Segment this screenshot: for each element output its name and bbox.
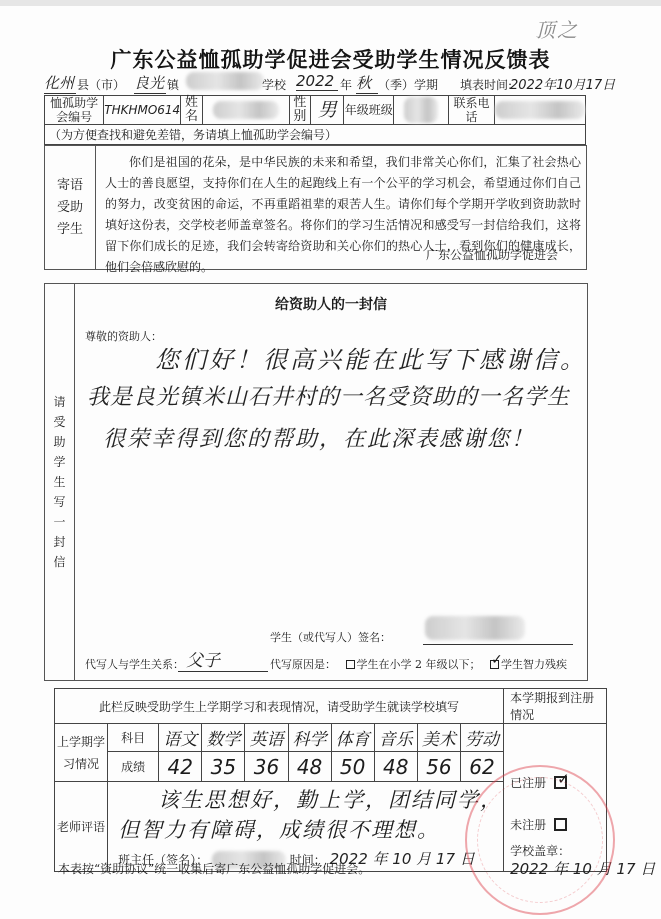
registered-checkbox[interactable]	[554, 776, 567, 789]
school-label: 学校	[262, 76, 286, 93]
footer-note: 本表按“资助协议”统一收集后寄广东公益恤孤助学促进会。	[58, 860, 370, 877]
message-signature: 广东公益恤孤助学促进会	[426, 246, 558, 263]
school-section-header: 此栏反映受助学生上学期学习和表现情况，请受助学生就读学校填写	[55, 689, 504, 724]
letter-side-char: 封	[53, 532, 65, 552]
score-cell: 42	[159, 752, 202, 782]
comment-line-2: 但智力有障碍，成绩很不理想。	[118, 814, 503, 844]
signature-underline	[423, 644, 573, 645]
fill-time-value: 2022年10月17日	[510, 74, 615, 93]
id-value: THKHMO614	[104, 96, 181, 125]
letter-side-char: 一	[53, 512, 65, 532]
year-value: 2022	[296, 72, 338, 91]
form-title: 广东公益恤孤助学促进会受助学生情况反馈表	[0, 44, 661, 74]
letter-salutation: 尊敬的资助人：	[85, 328, 162, 344]
score-label: 成绩	[108, 752, 159, 782]
reason-checkbox-disability[interactable]	[490, 660, 499, 669]
reason-checkbox-grade[interactable]	[346, 660, 355, 669]
letter-side-char: 写	[53, 492, 65, 512]
school-feedback-table: 此栏反映受助学生上学期学习和表现情况，请受助学生就读学校填写 本学期报到注册情况…	[54, 688, 607, 872]
subject-cell: 体育	[331, 724, 374, 752]
message-label: 寄语 受助 学生	[45, 146, 96, 269]
gender-label: 性别	[289, 96, 311, 125]
letter-side-char: 助	[53, 432, 65, 452]
registered-option: 已注册	[510, 774, 567, 791]
scan-edge	[0, 0, 661, 6]
letter-side-label: 请 受 助 学 生 写 一 封 信	[45, 284, 75, 680]
letter-line-2: 我是良光镇米山石井村的一名受资助的一名学生	[87, 380, 570, 411]
comment-line-1: 该生思想好，勤上学，团结同学，	[118, 784, 503, 814]
unregistered-checkbox[interactable]	[554, 818, 567, 831]
letter-line-1: 您们好！很高兴能在此写下感谢信。	[155, 340, 587, 375]
town-label: 镇	[167, 76, 179, 93]
registered-label: 已注册	[510, 776, 546, 790]
student-signature-redacted	[425, 616, 525, 640]
fill-time-label: 填表时间:	[460, 76, 512, 93]
name-label: 姓名	[181, 96, 203, 125]
student-info-table: 恤孤助学会编号 THKHMO614 姓名 性别 男 年级班级 联系电话 （为方便…	[44, 95, 586, 145]
letter-box: 请 受 助 学 生 写 一 封 信 给资助人的一封信 尊敬的资助人： 您们好！很…	[44, 283, 588, 681]
gender-value: 男	[311, 96, 344, 125]
study-label: 上学期学习情况	[55, 724, 108, 782]
town-value: 良光	[134, 72, 166, 94]
unregistered-option: 未注册	[510, 816, 567, 833]
comment-label: 老师评语	[55, 782, 108, 872]
registration-header: 本学期报到注册情况	[504, 689, 607, 724]
id-reminder-note: （为方便查找和避免差错，务请填上恤孤助学会编号）	[45, 125, 586, 145]
message-label-line: 受助	[57, 197, 83, 219]
form-meta-line: 化州 县（市） 良光 镇 学校 2022 年 秋 （季）学期 填表时间: 202…	[44, 72, 624, 96]
grade-value-redacted	[394, 96, 449, 125]
season-label: （季）学期	[378, 76, 438, 93]
phone-label: 联系电话	[448, 96, 494, 125]
score-cell: 50	[331, 752, 374, 782]
letter-side-char: 学	[53, 452, 65, 472]
year-label: 年	[340, 76, 352, 93]
subject-cell: 劳动	[460, 724, 503, 752]
score-cell: 62	[460, 752, 503, 782]
student-signature-label: 学生（或代写人）签名：	[270, 629, 391, 645]
subject-label: 科目	[108, 724, 159, 752]
subject-cell: 语文	[159, 724, 202, 752]
relation-label: 代写人与学生关系：	[85, 656, 184, 672]
letter-side-char: 请	[53, 392, 65, 412]
letter-side-char: 受	[53, 412, 65, 432]
letter-side-char: 信	[53, 552, 65, 572]
county-label: 县（市）	[77, 76, 125, 93]
score-cell: 36	[245, 752, 288, 782]
reason-label: 代写原因是：	[270, 658, 336, 671]
reason-option-grade: 学生在小学 2 年级以下；	[357, 658, 481, 671]
subject-cell: 英语	[245, 724, 288, 752]
season-value: 秋	[356, 72, 378, 94]
score-cell: 35	[202, 752, 245, 782]
score-cell: 48	[288, 752, 331, 782]
stamp-label: 学校盖章：	[510, 842, 570, 859]
school-value-redacted	[186, 72, 264, 90]
relation-value: 父子	[178, 646, 268, 672]
teacher-comment: 该生思想好，勤上学，团结同学， 但智力有障碍，成绩很不理想。 班主任（签名）： …	[108, 782, 504, 872]
letter-line-3: 很荣幸得到您的帮助，在此深表感谢您！	[103, 422, 535, 453]
county-value: 化州	[44, 72, 76, 94]
id-label: 恤孤助学会编号	[45, 96, 104, 125]
subject-cell: 音乐	[374, 724, 417, 752]
registration-cell: 已注册 未注册 学校盖章： 2022 年 10 月 17 日	[504, 724, 607, 872]
grade-label: 年级班级	[344, 96, 394, 125]
score-cell: 48	[374, 752, 417, 782]
proxy-reason: 代写原因是： 学生在小学 2 年级以下； 学生智力残疾	[270, 656, 567, 672]
letter-side-char: 生	[53, 472, 65, 492]
study-label-text: 上学期学习情况	[57, 735, 105, 771]
message-label-line: 学生	[57, 219, 83, 241]
unregistered-label: 未注册	[510, 818, 546, 832]
message-label-line: 寄语	[57, 175, 83, 197]
score-cell: 56	[417, 752, 460, 782]
message-to-students-box: 寄语 受助 学生 你们是祖国的花朵，是中华民族的未来和希望，我们非常关心你们，汇…	[44, 145, 587, 270]
corner-handwritten-note: 顶之	[535, 14, 579, 43]
letter-title: 给资助人的一封信	[75, 294, 587, 314]
subject-cell: 数学	[202, 724, 245, 752]
stamp-date: 2022 年 10 月 17 日	[510, 858, 655, 879]
phone-value-redacted	[495, 96, 586, 125]
reason-option-disability: 学生智力残疾	[501, 658, 567, 671]
subject-cell: 科学	[288, 724, 331, 752]
name-value-redacted	[202, 96, 289, 125]
subject-cell: 美术	[417, 724, 460, 752]
